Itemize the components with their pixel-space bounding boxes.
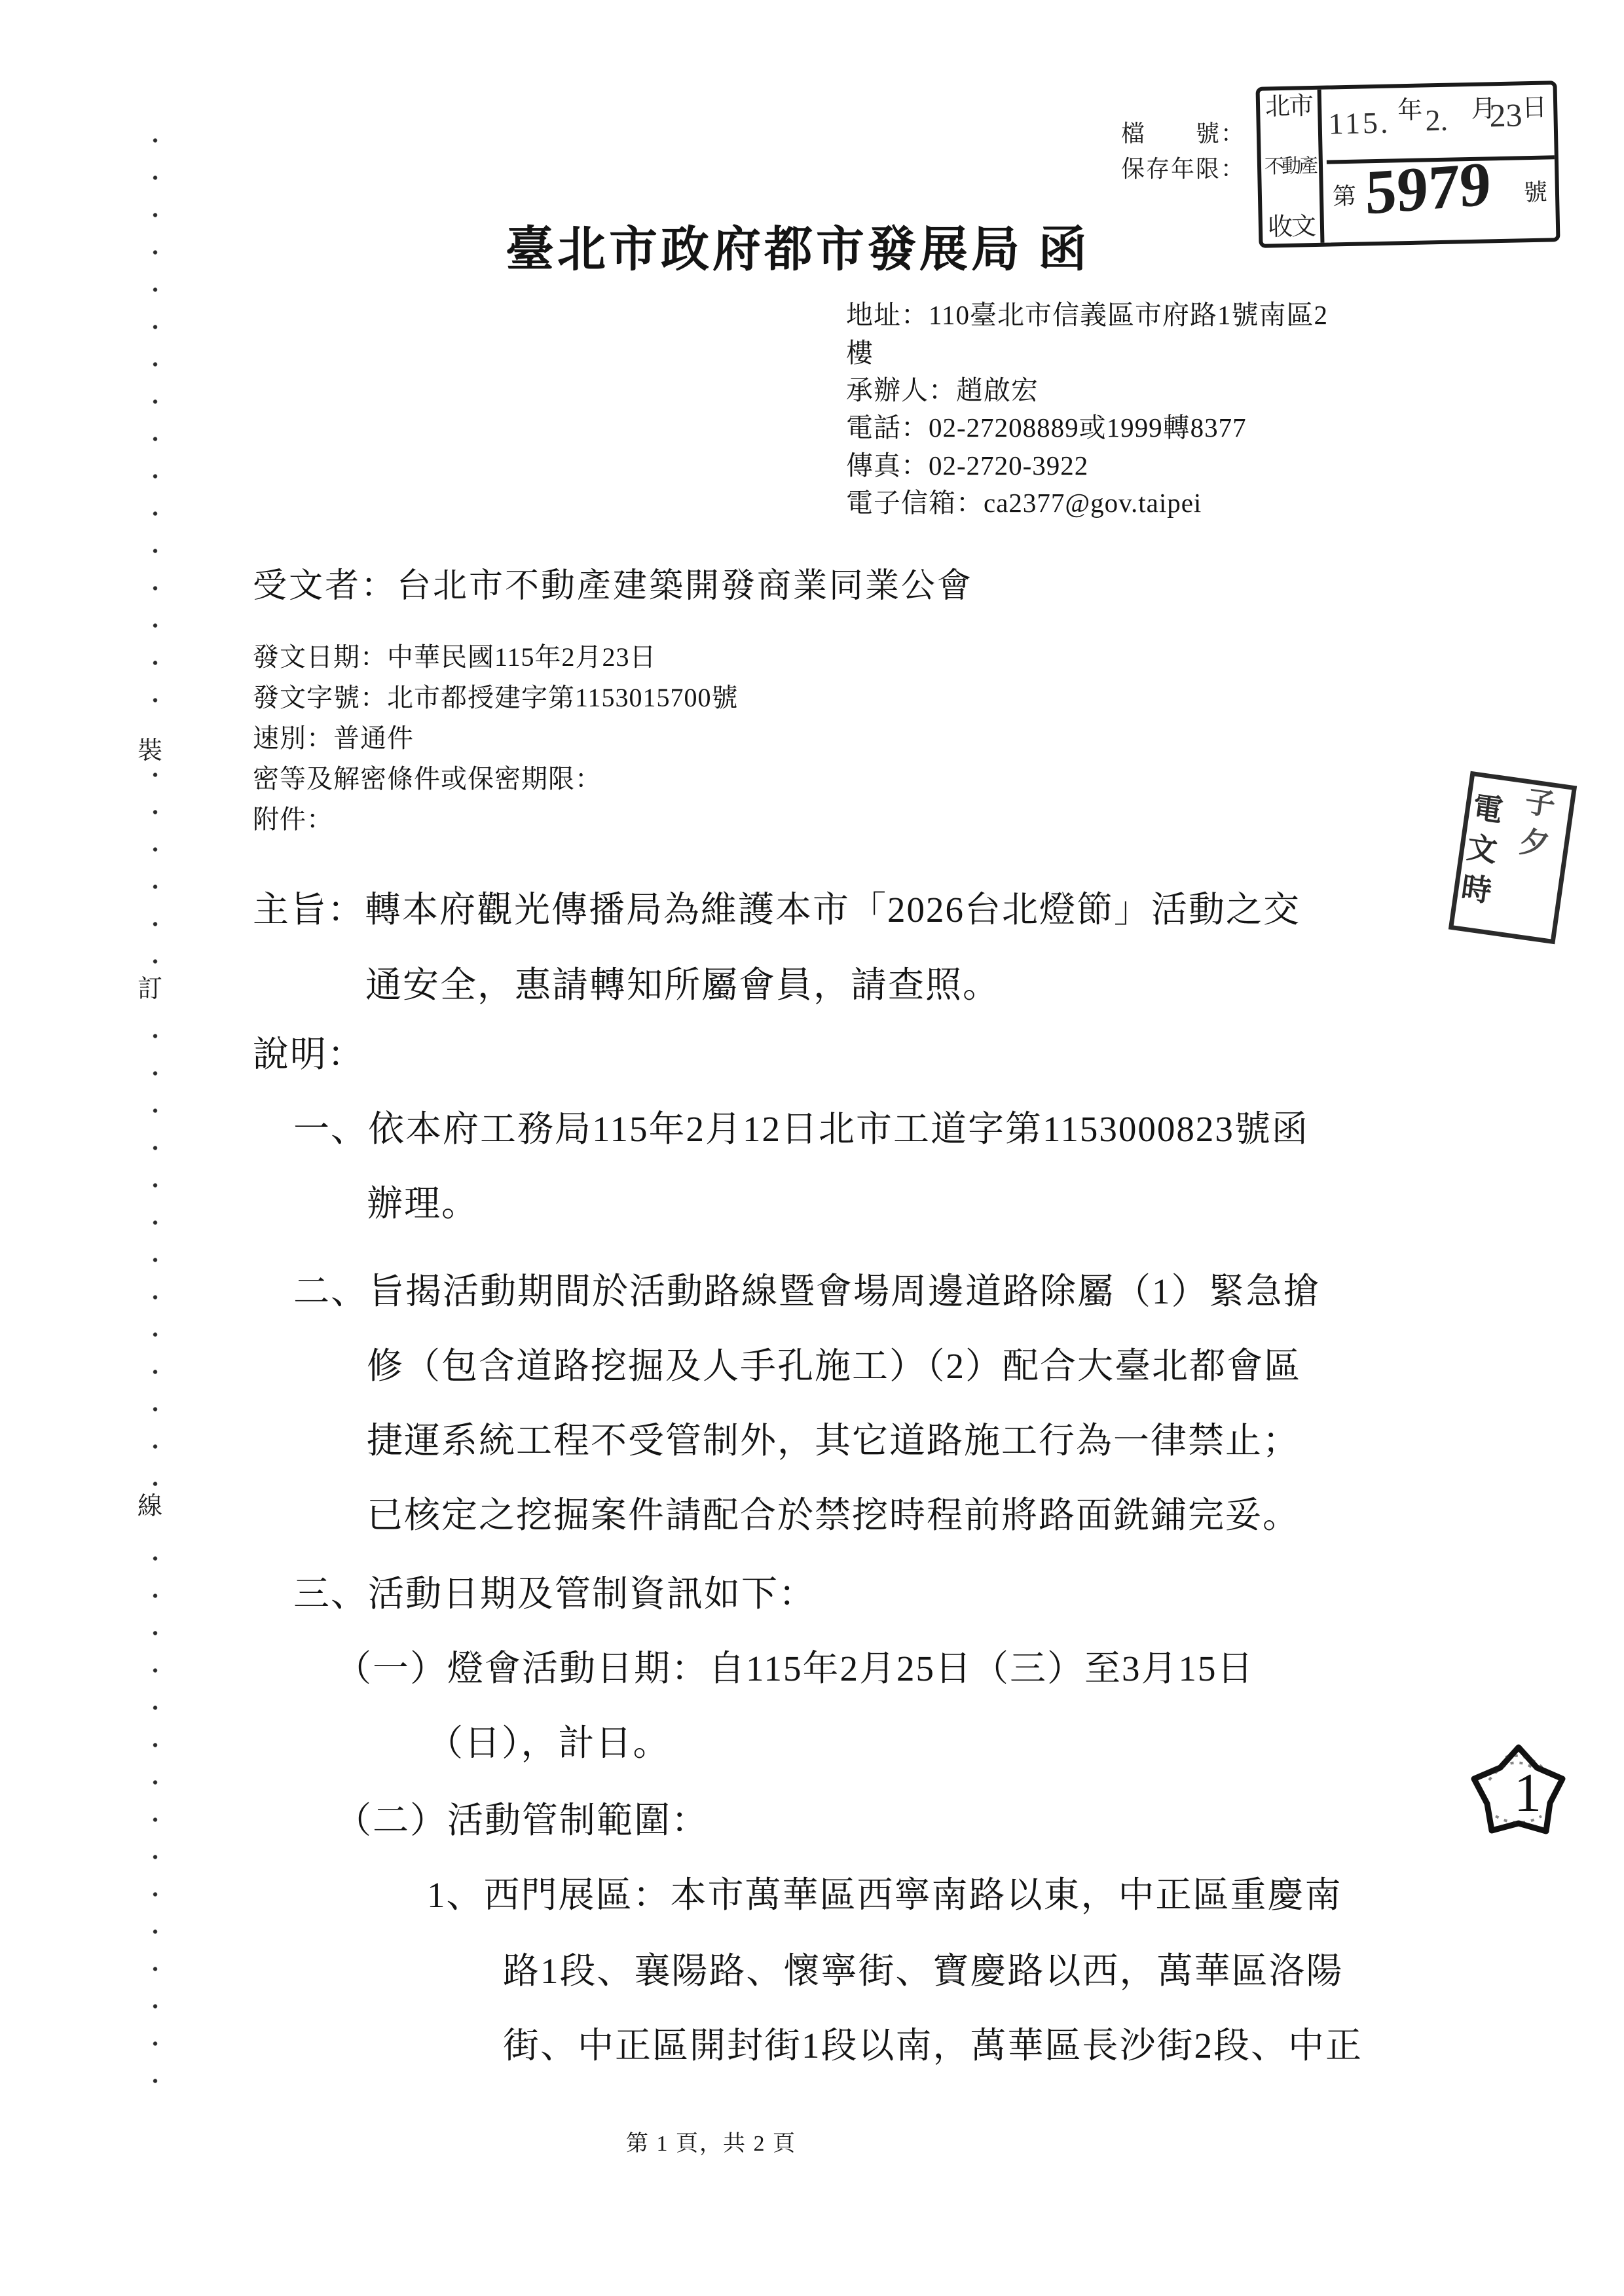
recipient-line: 受文者：台北市不動產建築開發商業同業公會 [253,558,973,607]
flower-seal: 1 [1469,1718,1581,1872]
electronic-exchange-stamp: 子夕 電文時 [1449,771,1577,944]
stamp-date-year: 115. [1328,108,1391,139]
subject-line-2: 通安全，惠請轉知所屬會員，請查照。 [365,956,1000,1008]
contact-email-line: 電子信箱：ca2377@gov.taipei [846,481,1202,520]
detail1-line-1: 1、西門展區：本市萬華區西寧南路以東，中正區重慶南 [427,1866,1342,1918]
item2-line-1: 二、旨揭活動期間於活動路線暨會場周邊道路除屬（1）緊急搶 [293,1262,1321,1314]
page-number-indicator: 第 1 頁，共 2 頁 [626,2125,796,2157]
stamp-date-day: 23 [1489,98,1522,132]
sub-item1-line-2: （日），計日。 [427,1714,671,1766]
security-class-line: 密等及解密條件或保密期限： [253,758,602,795]
item2-line-4: 已核定之挖掘案件請配合於禁挖時程前將路面銑鋪完妥。 [367,1486,1300,1538]
binding-mark-zhuang: 裝 [135,732,165,770]
sub-item2-line: （二）活動管制範圍： [335,1791,709,1843]
attachment-line: 附件： [253,799,333,836]
estamp-left-column: 電文時 [1456,790,1502,915]
sub-item1-line-1: （一）燈會活動日期：自115年2月25日（三）至3月15日 [335,1639,1254,1691]
speed-class-line: 速別：普通件 [253,718,414,755]
item2-line-2: 修（包含道路挖掘及人手孔施工）（2）配合大臺北都會區 [367,1337,1301,1389]
issue-date-line: 發文日期：中華民國115年2月23日 [253,636,657,674]
document-page: 檔 號： 保存年限： 北市 不動產 收文 115. 年 2. 月 23 日 第 … [0,0,1624,2296]
contact-person-line: 承辦人：趙啟宏 [846,369,1039,407]
stamp-org-row: 北市 [1265,94,1313,119]
stamp-day-label: 日 [1522,96,1547,121]
retention-period-label: 保存年限： [1121,151,1246,184]
stamp-year-label: 年 [1397,98,1423,124]
stamp-date-month: 2. [1425,105,1448,136]
received-stamp-org-column: 北市 不動產 收文 [1260,90,1325,244]
received-stamp-number-row: 第 5979 號 [1327,159,1556,242]
issue-number-line: 發文字號：北市都授建字第1153015700號 [253,677,739,714]
item3-line: 三、活動日期及管制資訊如下： [293,1565,816,1616]
detail1-line-2: 路1段、襄陽路、懷寧街、寶慶路以西，萬華區洛陽 [503,1942,1344,1994]
item2-line-3: 捷運系統工程不受管制外，其它道路施工行為一律禁止； [367,1412,1300,1463]
detail1-line-3: 街、中正區開封街1段以南，萬華區長沙街2段、中正 [503,2016,1363,2068]
contact-address-line: 地址：110臺北市信義區市府路1號南區2 [846,293,1328,332]
flower-seal-number: 1 [1514,1762,1541,1823]
page-title: 臺北市政府都市發展局 函 [506,211,1090,280]
stamp-org-row: 收文 [1268,214,1316,240]
received-stamp: 北市 不動產 收文 115. 年 2. 月 23 日 第 5979 號 [1255,81,1560,248]
explanation-label: 說明： [253,1025,365,1077]
file-number-label: 檔 號： [1121,115,1246,149]
subject-line-1: 主旨：轉本府觀光傳播局為維護本市「2026台北燈節」活動之交 [253,881,1301,932]
flower-seal-graphic: 1 [1469,1718,1581,1868]
contact-fax-line: 傳真：02-2720-3922 [846,444,1088,483]
binding-mark-xian: 線 [135,1487,165,1525]
contact-phone-line: 電話：02-27208889或1999轉8377 [846,406,1247,445]
item1-line-1: 一、依本府工務局115年2月12日北市工道字第1153000823號函 [293,1100,1309,1152]
contact-address-line2: 樓 [846,331,874,370]
item1-line-2: 辦理。 [367,1175,479,1226]
received-stamp-main: 115. 年 2. 月 23 日 第 5979 號 [1325,84,1557,242]
estamp-right-column: 子夕 [1513,785,1555,869]
stamp-number-prefix: 第 [1333,185,1357,209]
binding-mark-ding: 訂 [135,970,165,1008]
binding-dotted-line [152,122,158,2105]
stamp-number-suffix: 號 [1524,181,1548,205]
stamp-org-row: 不動產 [1264,156,1316,177]
stamp-number-value: 5979 [1365,152,1491,224]
